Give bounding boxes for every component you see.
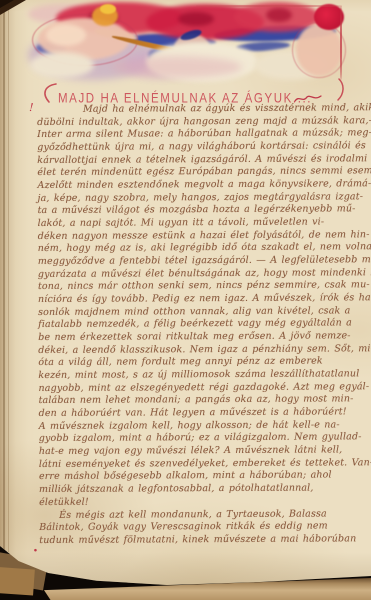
manuscript-paper: MAJD HA ELNÉMULNAK AZ ÁGYUK.... ! Majd h… [0, 0, 371, 600]
book-corner-pages [0, 566, 35, 595]
watercolor-rose-wash [112, 56, 242, 78]
manuscript-line: Majd ha elnémulnak az ágyúk és visszatér… [37, 102, 353, 116]
muse-hair [100, 4, 116, 14]
photographed-album-page: MAJD HA ELNÉMULNAK AZ ÁGYUK.... ! Majd h… [0, 0, 371, 600]
title-flourish-right [336, 78, 348, 102]
gutter-page-edge-line [3, 0, 5, 558]
muse-figure-highlight [46, 24, 86, 46]
title-flourish-left [40, 82, 58, 104]
cloud [30, 52, 94, 78]
watercolor-red-foliage-shadow [266, 8, 292, 22]
paragraph: És mégis azt kell mondanunk, a Tyrtaeuso… [39, 508, 355, 548]
red-bottom-mark: · [33, 543, 38, 559]
paragraph: Majd ha elnémulnak az ágyúk és visszatér… [37, 102, 355, 509]
manuscript-line: Azelőtt minden esztendőnek megvolt a mag… [37, 178, 353, 192]
manuscript-line: győződhettünk újra mi, a nagy világhábor… [37, 140, 353, 154]
manuscript-line: tudunk művészt fölmutatni, kinek művésze… [39, 533, 355, 547]
manuscript-line: milliók játszanak a legfontosabbal, a pó… [39, 482, 355, 496]
gutter-page-edge-line [8, 0, 9, 552]
watercolor-headpiece [28, 4, 346, 82]
red-margin-mark: ! [27, 101, 34, 115]
right-figure [296, 24, 342, 76]
manuscript-line: lakót, a napi sajtót. Mi ugyan itt a táv… [38, 216, 354, 230]
watercolor-red-foliage-shadow [178, 12, 214, 26]
manuscript-body: Majd ha elnémulnak az ágyúk és visszatér… [37, 102, 355, 547]
red-frame-line-top [196, 5, 342, 7]
red-frame-line-right [340, 6, 342, 80]
